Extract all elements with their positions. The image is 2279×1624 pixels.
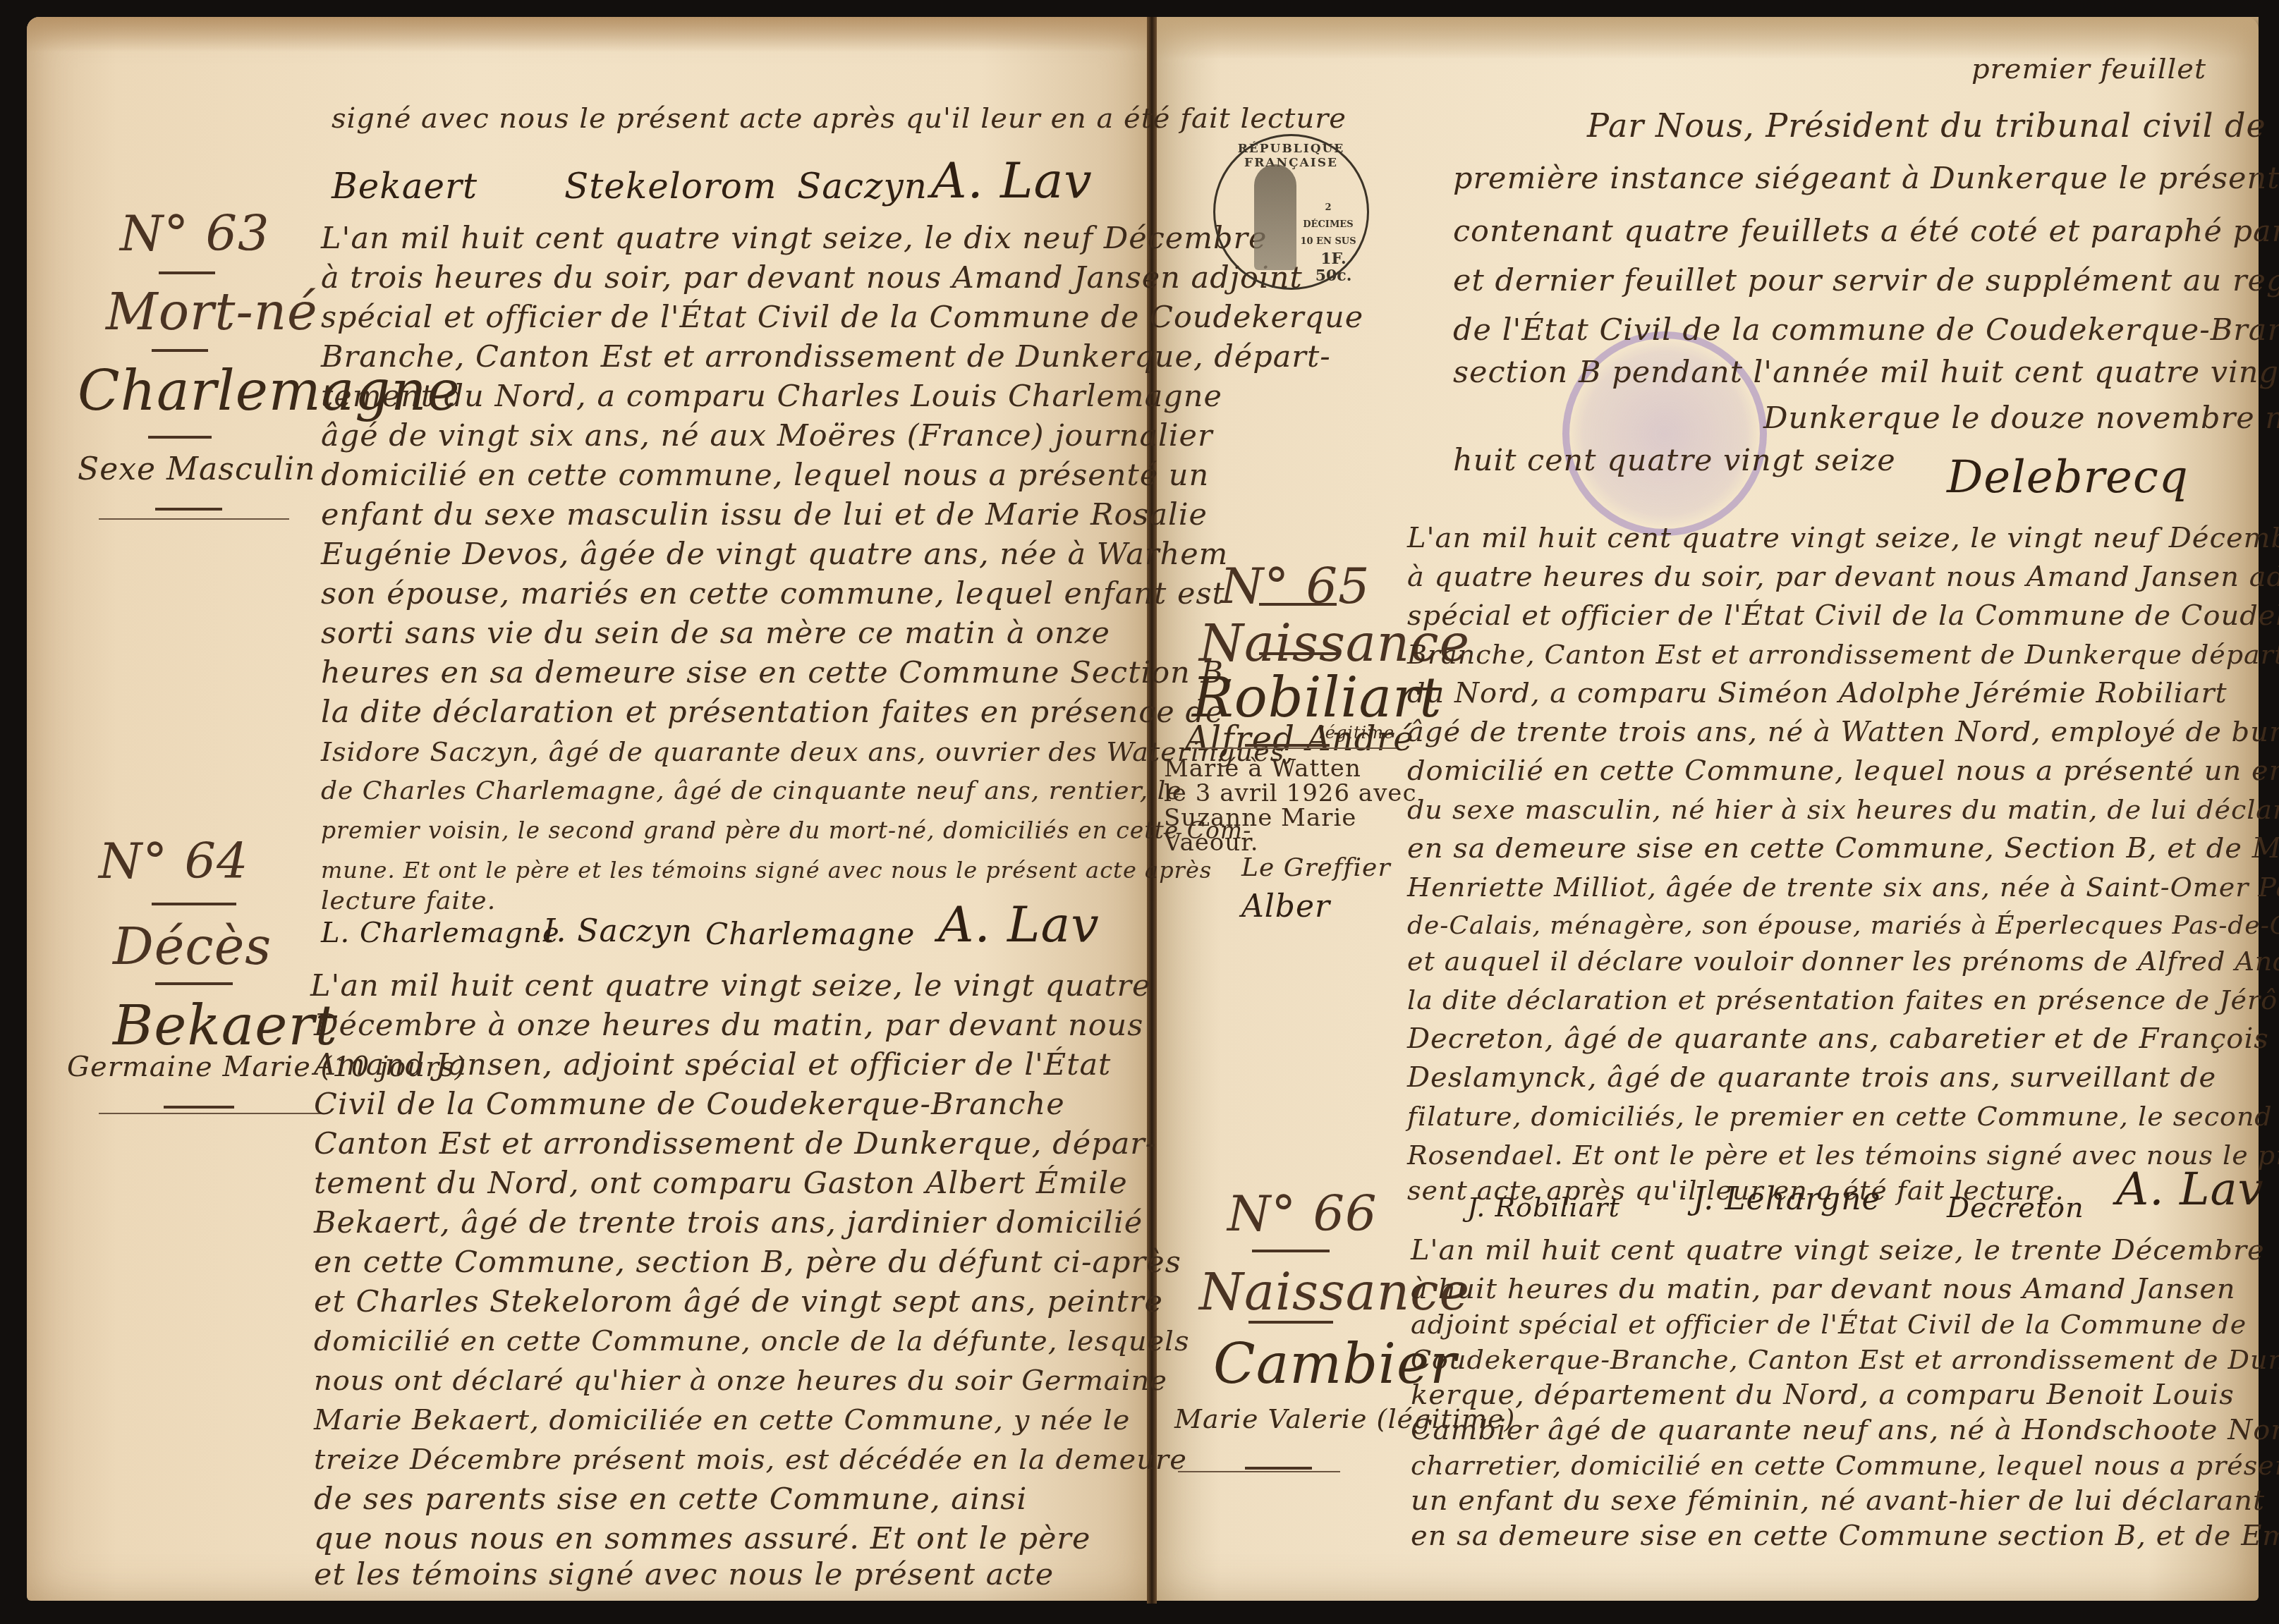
text-line: première instance siégeant à Dunkerque l… [1453, 159, 2279, 198]
text-line: domicilié en cette commune, lequel nous … [321, 456, 1209, 495]
entry-type: Décès [113, 917, 272, 976]
text-line: enfant du sexe masculin issu de lui et d… [321, 495, 1208, 535]
divider [1252, 1250, 1330, 1252]
signature: A. Lav [931, 152, 1093, 209]
divider [152, 903, 236, 905]
divider [1248, 1321, 1333, 1324]
signature: L. Charlemagne [321, 917, 560, 949]
signature: Bekaert [332, 166, 478, 207]
entry-number: N° 65 [1220, 557, 1371, 615]
entry-number: N° 63 [120, 204, 270, 262]
text-line: Canton Est et arrondissement de Dunkerqu… [314, 1124, 1156, 1164]
text-line: que nous nous en sommes assuré. Et ont l… [314, 1519, 1090, 1558]
text-line: L'an mil huit cent quatre vingt seize, l… [321, 219, 1268, 258]
signature: Decreton [1947, 1192, 2084, 1224]
continuation-line: signé avec nous le présent acte après qu… [332, 99, 1347, 138]
text-line: la dite déclaration et présentation fait… [321, 692, 1224, 732]
text-line: en cette Commune, section B, père du déf… [314, 1243, 1181, 1282]
text-line: Cambier âgé de quarante neuf ans, né à H… [1411, 1410, 2279, 1450]
signature: Delebrecq [1947, 451, 2189, 503]
text-line: à huit heures du matin, par devant nous … [1411, 1269, 2236, 1309]
annotation-line: Suzanne Marie [1164, 804, 1356, 832]
divider [155, 508, 222, 511]
text-line: domicilié en cette Commune, oncle de la … [314, 1321, 1189, 1361]
annotation-line: Vaeour. [1164, 829, 1259, 857]
text-line: son épouse, mariés en cette commune, leq… [321, 574, 1225, 613]
text-line: Isidore Saczyn, âgé de quarante deux ans… [321, 732, 1294, 771]
text-line: sorti sans vie du sein de sa mère ce mat… [321, 613, 1110, 653]
text-line: Branche, Canton Est et arrondissement de… [1407, 635, 2279, 674]
text-line: Bekaert, âgé de trente trois ans, jardin… [314, 1203, 1143, 1243]
text-line: contenant quatre feuillets a été coté et… [1453, 212, 2279, 251]
text-line: Coudekerque-Branche, Canton Est et arron… [1411, 1340, 2279, 1379]
stamp-value-top: 2 DÉCIMES 10 EN SUS [1300, 200, 1356, 250]
entry-subtitle: Sexe Masculin [78, 451, 315, 487]
divider [159, 271, 215, 274]
divider [99, 1113, 321, 1114]
text-line: Deslamynck, âgé de quarante trois ans, s… [1407, 1058, 2216, 1097]
annotation-line: Marié à Watten [1164, 755, 1361, 783]
text-line: lecture faite. [321, 881, 496, 921]
text-line: en sa demeure sise en cette Commune, Sec… [1407, 829, 2279, 868]
entry-type: Mort-né [106, 282, 318, 341]
divider [1245, 1467, 1312, 1470]
stamp-legend: RÉPUBLIQUE FRANÇAISE [1215, 142, 1367, 170]
divider [1178, 1471, 1340, 1472]
text-line: de Charles Charlemagne, âgé de cinquante… [321, 771, 1182, 811]
text-line: de l'État Civil de la commune de Coudeke… [1453, 310, 2279, 350]
text-line: âgé de vingt six ans, né aux Moëres (Fra… [321, 416, 1213, 456]
text-line: âgé de trente trois ans, né à Watten Nor… [1407, 712, 2279, 752]
text-line: L'an mil huit cent quatre vingt seize, l… [1407, 518, 2279, 558]
annotation-line: le 3 avril 1926 avec [1164, 779, 1417, 807]
stamp-value: 2 DÉCIMES 10 EN SUS 1F. 50c. [1300, 200, 1367, 284]
text-line: et auquel il déclare vouloir donner les … [1407, 941, 2279, 981]
stamp-value-bottom: 1F. 50c. [1300, 250, 1367, 284]
signature: Charlemagne [705, 917, 915, 951]
divider [148, 436, 212, 439]
fiscal-stamp: RÉPUBLIQUE FRANÇAISE 2 DÉCIMES 10 EN SUS… [1213, 134, 1369, 290]
text-line: adjoint spécial et officier de l'État Ci… [1411, 1305, 2247, 1344]
text-line: Decreton, âgé de quarante ans, cabaretie… [1407, 1019, 2269, 1058]
signature: J. Lehargne [1693, 1181, 1881, 1217]
text-line: Eugénie Devos, âgée de vingt quatre ans,… [321, 535, 1228, 574]
signature: A. Lav [2116, 1164, 2264, 1216]
divider [152, 349, 208, 352]
text-line: Civil de la Commune de Coudekerque-Branc… [314, 1085, 1065, 1124]
divider [1259, 652, 1340, 655]
text-line: en sa demeure sise en cette Commune sect… [1411, 1516, 2279, 1556]
text-line: Décembre à onze heures du matin, par dev… [314, 1006, 1143, 1045]
signature: Alber [1241, 889, 1330, 924]
divider [155, 982, 233, 985]
text-line: charretier, domicilié en cette Commune, … [1411, 1446, 2279, 1485]
marianne-figure-icon [1254, 164, 1296, 270]
text-line: Marie Bekaert, domiciliée en cette Commu… [314, 1400, 1130, 1440]
text-line: filature, domiciliés, le premier en cett… [1407, 1097, 2279, 1136]
signature: I. Saczyn [543, 913, 693, 949]
text-line: Branche, Canton Est et arrondissement de… [321, 337, 1331, 377]
text-line: du Nord, a comparu Siméon Adolphe Jérémi… [1407, 673, 2228, 713]
text-line: tement du Nord, a comparu Charles Louis … [321, 377, 1222, 416]
text-line: et Charles Stekelorom âgé de vingt sept … [314, 1282, 1163, 1321]
greffier-label: Le Greffier [1241, 853, 1391, 882]
text-line: L'an mil huit cent quatre vingt seize, l… [310, 966, 1151, 1006]
text-line: huit cent quatre vingt seize [1453, 441, 1896, 480]
divider [1245, 744, 1330, 747]
text-line: kerque, département du Nord, a comparu B… [1411, 1375, 2235, 1415]
corner-note: premier feuillet [1971, 53, 2206, 85]
signature: J. Robiliart [1467, 1192, 1620, 1223]
text-line: premier voisin, le second grand père du … [321, 811, 1251, 850]
text-line: L'an mil huit cent quatre vingt seize, l… [1411, 1231, 2265, 1270]
text-line: spécial et officier de l'État Civil de l… [321, 298, 1363, 337]
divider [99, 518, 289, 520]
text-line: à quatre heures du soir, par devant nous… [1407, 557, 2279, 597]
signature: Saczyn [797, 166, 928, 207]
legitimacy-note: légitime [1319, 723, 1394, 743]
text-line: treize Décembre présent mois, est décédé… [314, 1440, 1187, 1479]
text-line: du sexe masculin, né hier à six heures d… [1407, 790, 2279, 829]
text-line: un enfant du sexe féminin, né avant-hier… [1411, 1481, 2265, 1520]
text-line: Dunkerque le douze novembre mil [1763, 398, 2279, 438]
text-line: Henriette Milliot, âgée de trente six an… [1407, 867, 2279, 907]
text-line: de-Calais, ménagère, son épouse, mariés … [1407, 906, 2279, 946]
text-line: Amand Jansen, adjoint spécial et officie… [314, 1045, 1111, 1085]
entry-surname: Bekaert [113, 994, 338, 1058]
text-line: section B pendant l'année mil huit cent … [1453, 353, 2279, 392]
signature: A. Lav [938, 896, 1100, 953]
text-line: heures en sa demeure sise en cette Commu… [321, 653, 1234, 692]
text-line: la dite déclaration et présentation fait… [1407, 980, 2279, 1020]
divider [164, 1106, 234, 1109]
text-line: et les témoins signé avec nous le présen… [314, 1555, 1054, 1594]
divider [1259, 603, 1337, 606]
entry-number: N° 64 [99, 832, 249, 890]
text-line: de ses parents sise en cette Commune, ai… [314, 1479, 1027, 1519]
entry-number: N° 66 [1227, 1185, 1378, 1243]
text-line: tement du Nord, ont comparu Gaston Alber… [314, 1164, 1128, 1203]
text-line: Par Nous, Président du tribunal civil de [1587, 106, 2266, 145]
signature: Stekelorom [564, 166, 777, 207]
text-line: nous ont déclaré qu'hier à onze heures d… [314, 1361, 1167, 1400]
text-line: domicilié en cette Commune, lequel nous … [1407, 751, 2279, 790]
text-line: à trois heures du soir, par devant nous … [321, 258, 1303, 298]
text-line: spécial et officier de l'État Civil de l… [1407, 596, 2279, 635]
divider [1192, 747, 1397, 749]
text-line: et dernier feuillet pour servir de suppl… [1453, 261, 2279, 300]
